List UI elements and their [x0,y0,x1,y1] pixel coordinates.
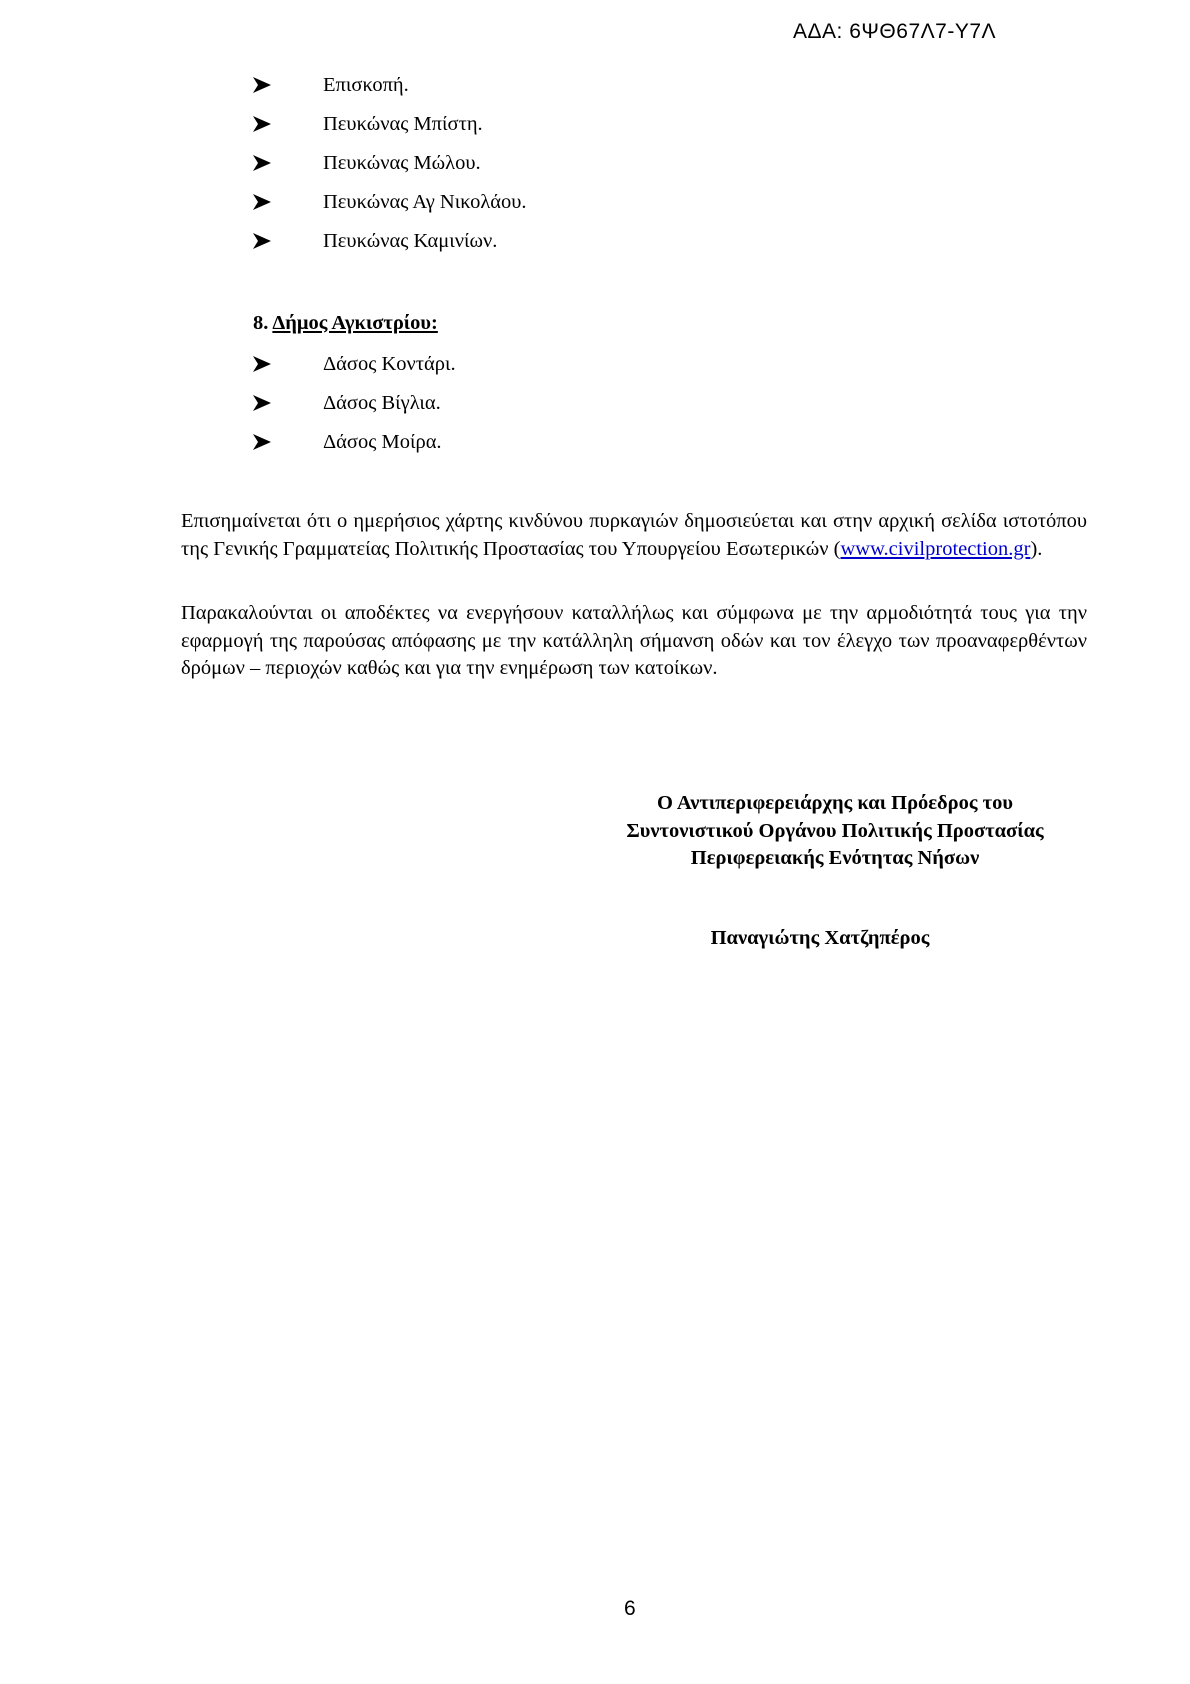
list-item: Επισκοπή. [253,71,409,99]
list-item: Πευκώνας Αγ Νικολάου. [253,188,527,216]
list-item-label: Επισκοπή. [323,74,409,97]
list-item-label: Δάσος Κοντάρι. [323,353,456,376]
ada-code: ΑΔΑ: 6ΨΘ67Λ7-Υ7Λ [793,20,996,44]
signature-title-line: Συντονιστικού Οργάνου Πολιτικής Προστασί… [575,818,1095,846]
list-item-label: Πευκώνας Μπίστη. [323,113,483,136]
list-item: Δάσος Μοίρα. [253,428,442,456]
page-number: 6 [624,1597,636,1621]
arrowhead-bullet-icon [253,233,323,249]
signatory-name: Παναγιώτης Χατζηπέρος [560,925,1080,953]
arrowhead-bullet-icon [253,155,323,171]
signature-block: Ο Αντιπεριφερειάρχης και Πρόεδρος του Συ… [575,790,1095,873]
paragraph-recipients-request: Παρακαλούνται οι αποδέκτες να ενεργήσουν… [181,600,1087,683]
list-item: Δάσος Κοντάρι. [253,350,456,378]
arrowhead-bullet-icon [253,116,323,132]
list-item-label: Πευκώνας Καμινίων. [323,230,497,253]
paragraph-text: ). [1030,538,1042,560]
arrowhead-bullet-icon [253,356,323,372]
section-heading: 8. Δήμος Αγκιστρίου: [253,312,438,335]
section-number: 8. [253,312,268,334]
list-item-label: Πευκώνας Αγ Νικολάου. [323,191,527,214]
arrowhead-bullet-icon [253,434,323,450]
paragraph-map-notice: Επισημαίνεται ότι ο ημερήσιος χάρτης κιν… [181,508,1087,563]
list-item-label: Πευκώνας Μώλου. [323,152,481,175]
section-title: Δήμος Αγκιστρίου: [272,312,438,334]
list-item: Δάσος Βίγλια. [253,389,441,417]
list-item: Πευκώνας Μώλου. [253,149,481,177]
arrowhead-bullet-icon [253,77,323,93]
list-item: Πευκώνας Καμινίων. [253,227,497,255]
arrowhead-bullet-icon [253,395,323,411]
signature-title-line: Ο Αντιπεριφερειάρχης και Πρόεδρος του [575,790,1095,818]
arrowhead-bullet-icon [253,194,323,210]
civilprotection-link[interactable]: www.civilprotection.gr [840,538,1030,560]
list-item: Πευκώνας Μπίστη. [253,110,483,138]
signature-title-line: Περιφερειακής Ενότητας Νήσων [575,845,1095,873]
list-item-label: Δάσος Μοίρα. [323,431,442,454]
list-item-label: Δάσος Βίγλια. [323,392,441,415]
